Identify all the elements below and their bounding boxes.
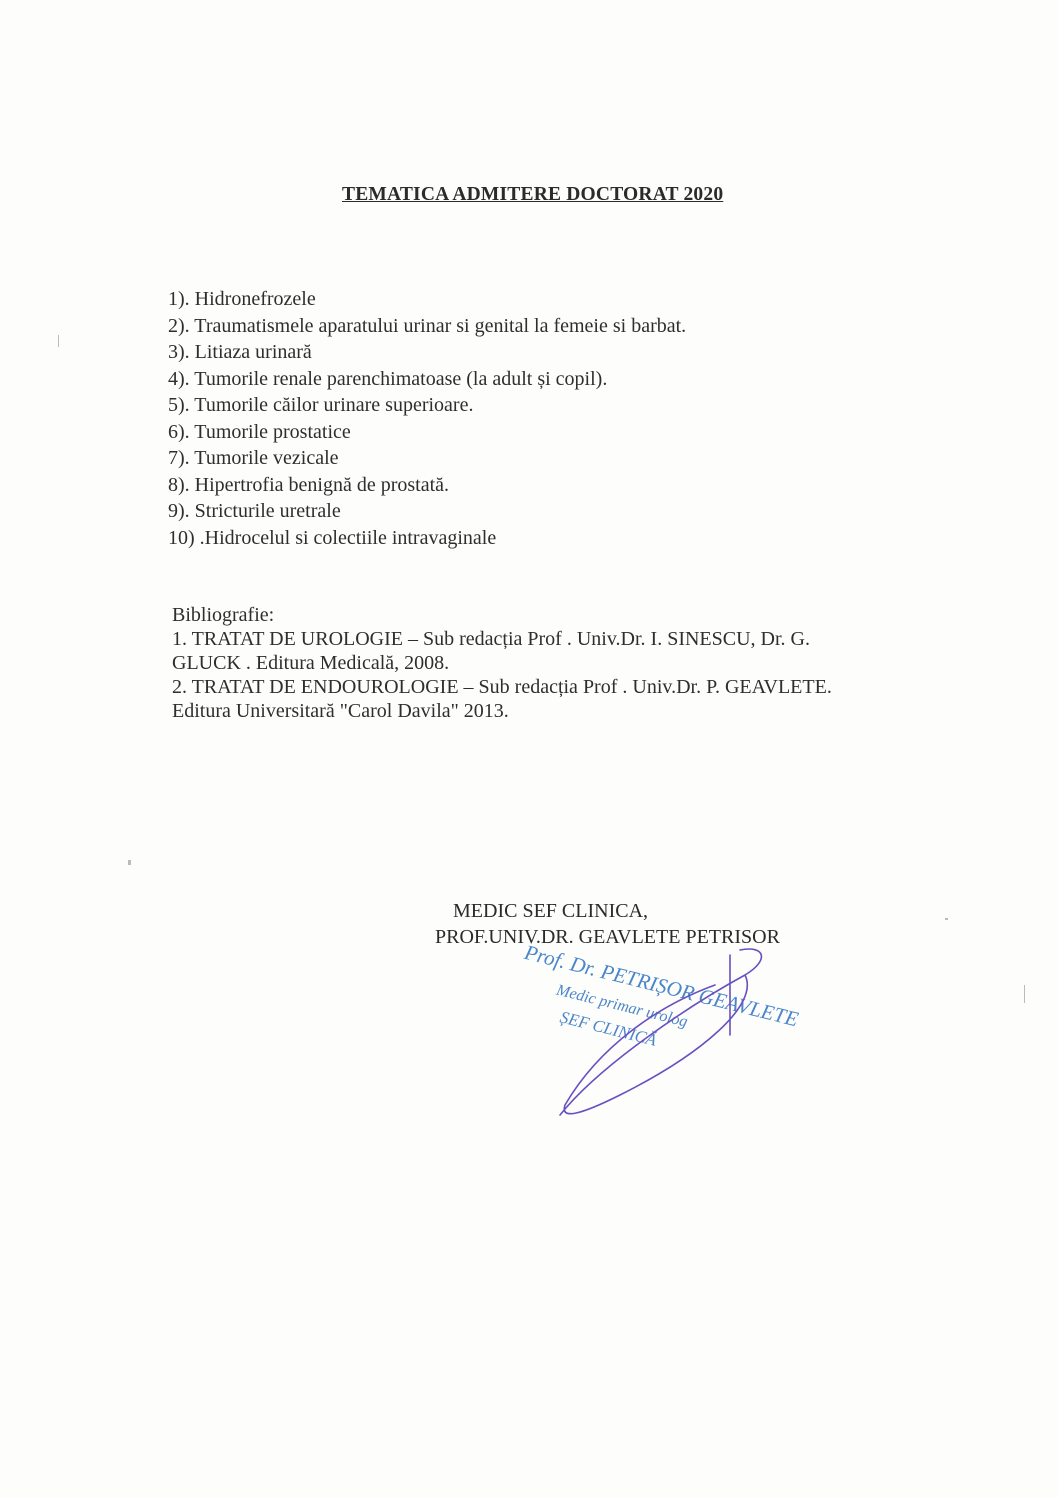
topic-item: 2). Traumatismele aparatului urinar si g…: [168, 313, 686, 340]
topic-item: 10) .Hidrocelul si colectiile intravagin…: [168, 525, 686, 552]
topics-list: 1). Hidronefrozele 2). Traumatismele apa…: [168, 286, 686, 551]
scan-artifact: [945, 918, 948, 920]
topic-item: 7). Tumorile vezicale: [168, 445, 686, 472]
topic-item: 6). Tumorile prostatice: [168, 419, 686, 446]
topic-item: 5). Tumorile căilor urinare superioare.: [168, 392, 686, 419]
topic-item: 9). Stricturile uretrale: [168, 498, 686, 525]
bibliography-line: 1. TRATAT DE UROLOGIE – Sub redacția Pro…: [172, 627, 992, 651]
scan-artifact: [128, 860, 131, 865]
topic-item: 1). Hidronefrozele: [168, 286, 686, 313]
bibliography-line: Editura Universitară "Carol Davila" 2013…: [172, 699, 992, 723]
bibliography: Bibliografie: 1. TRATAT DE UROLOGIE – Su…: [172, 603, 992, 723]
signature-role: MEDIC SEF CLINICA,: [453, 898, 780, 924]
scan-artifact: [58, 335, 59, 347]
scan-artifact: [1024, 985, 1025, 1003]
bibliography-line: 2. TRATAT DE ENDOUROLOGIE – Sub redacția…: [172, 675, 992, 699]
bibliography-line: GLUCK . Editura Medicală, 2008.: [172, 651, 992, 675]
document-title: TEMATICA ADMITERE DOCTORAT 2020: [342, 184, 723, 206]
handwritten-signature-icon: [540, 945, 780, 1125]
bibliography-heading: Bibliografie:: [172, 603, 992, 627]
topic-item: 8). Hipertrofia benignă de prostată.: [168, 472, 686, 499]
topic-item: 3). Litiaza urinară: [168, 339, 686, 366]
signature-block: MEDIC SEF CLINICA, PROF.UNIV.DR. GEAVLET…: [453, 898, 780, 950]
topic-item: 4). Tumorile renale parenchimatoase (la …: [168, 366, 686, 393]
